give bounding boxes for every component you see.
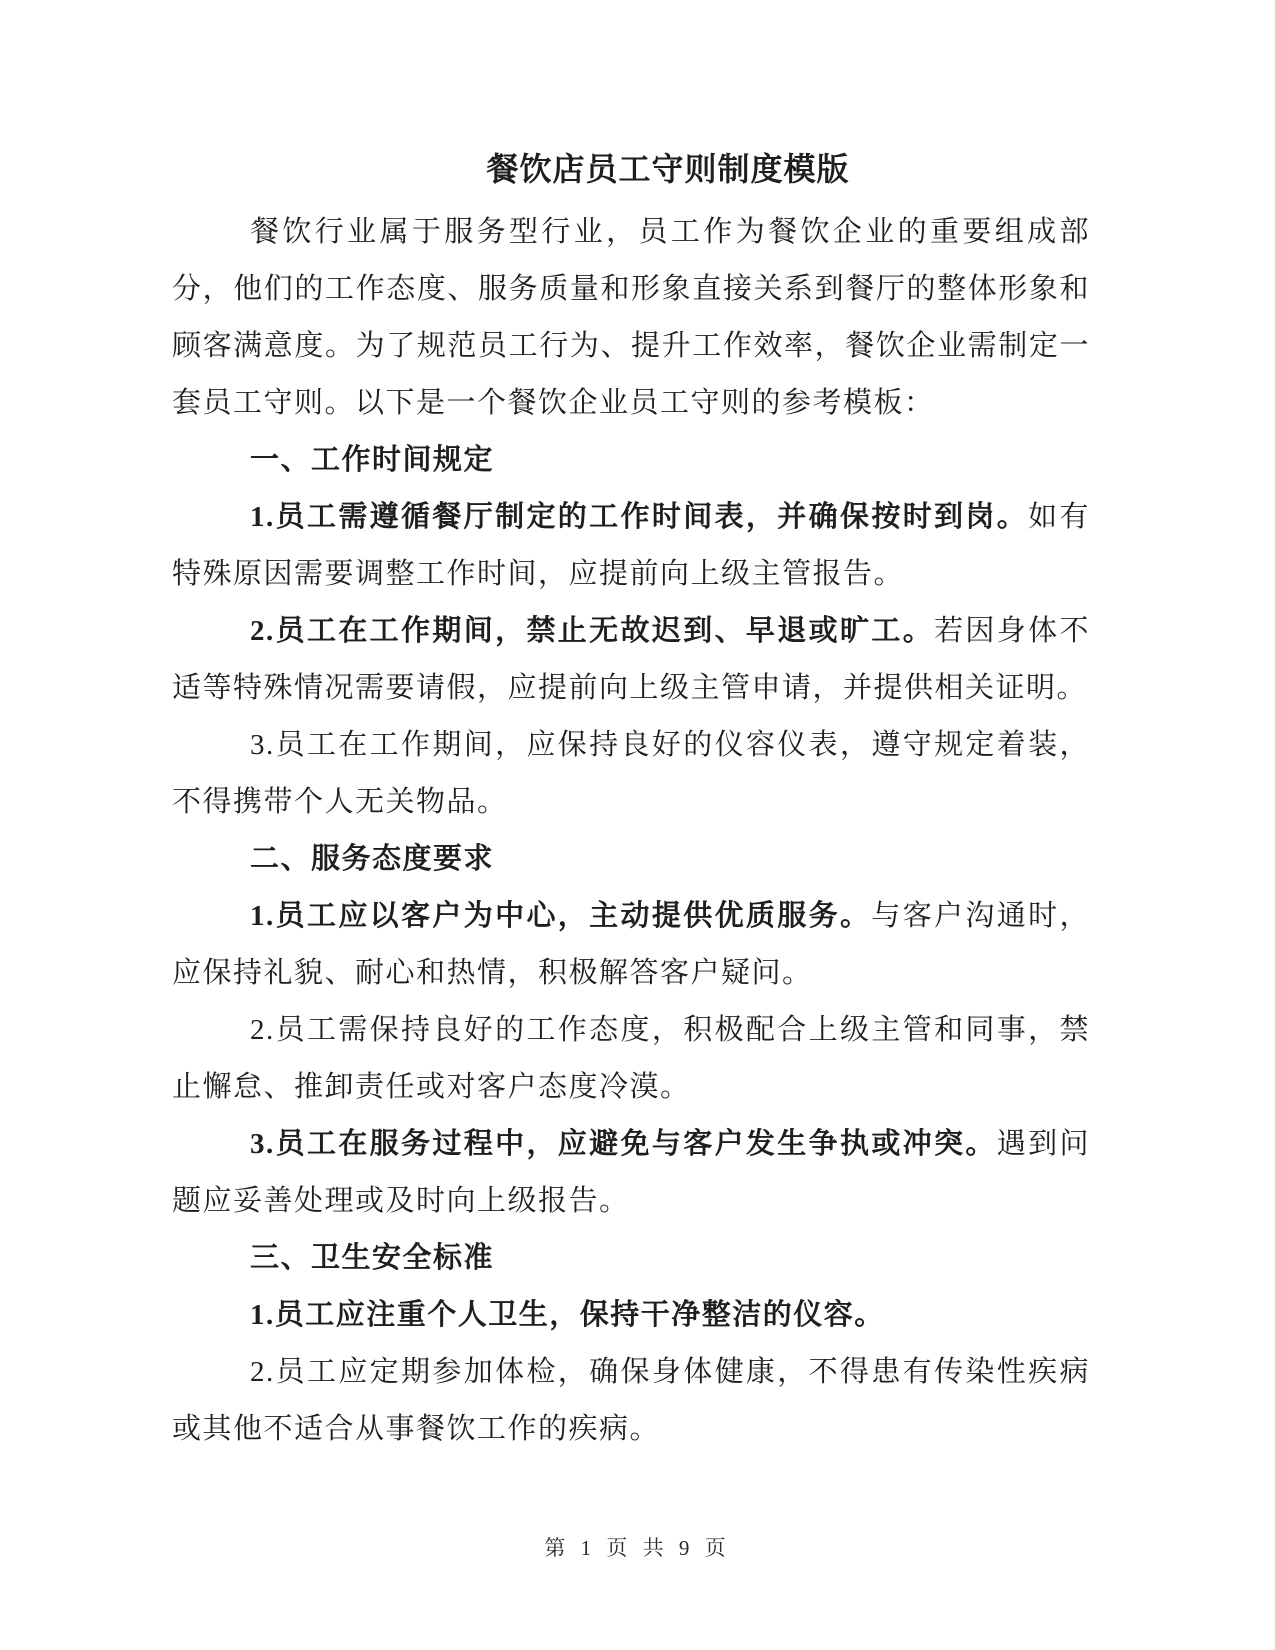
rule-item-2-2: 2.员工需保持良好的工作态度，积极配合上级主管和同事，禁止懈怠、推卸责任或对客户… [172,1002,1090,1116]
rule-item-1-1-bold-run: 1.员工需遵循餐厅制定的工作时间表，并确保按时到岗。 [250,501,1028,533]
section-1-heading: 一、工作时间规定 [172,432,1090,489]
page-number-footer: 第 1 页 共 9 页 [0,1533,1275,1563]
rule-item-2-3: 3.员工在服务过程中，应避免与客户发生争执或冲突。遇到问题应妥善处理或及时向上级… [172,1116,1090,1230]
document-content: 餐饮店员工守则制度模版 餐饮行业属于服务型行业，员工作为餐饮企业的重要组成部分，… [172,141,1090,1458]
section-2-heading: 二、服务态度要求 [172,831,1090,888]
rule-item-3-2-normal-run: 2.员工应定期参加体检，确保身体健康，不得患有传染性疾病或其他不适合从事餐饮工作… [172,1356,1090,1445]
rule-item-2-3-bold-run: 3.员工在服务过程中，应避免与客户发生争执或冲突。 [250,1128,997,1160]
section-3-heading: 三、卫生安全标准 [172,1230,1090,1287]
intro-normal-run: 餐饮行业属于服务型行业，员工作为餐饮企业的重要组成部分，他们的工作态度、服务质量… [172,216,1090,419]
section-2-heading-text: 二、服务态度要求 [250,843,494,875]
rule-item-2-1-bold-run: 1.员工应以客户为中心，主动提供优质服务。 [250,900,871,932]
section-3-heading-text: 三、卫生安全标准 [250,1242,494,1274]
document-title: 餐饮店员工守则制度模版 [172,141,1090,198]
rule-item-2-2-normal-run: 2.员工需保持良好的工作态度，积极配合上级主管和同事，禁止懈怠、推卸责任或对客户… [172,1014,1090,1103]
intro-paragraph: 餐饮行业属于服务型行业，员工作为餐饮企业的重要组成部分，他们的工作态度、服务质量… [172,204,1090,432]
rule-item-3-1-bold-run: 1.员工应注重个人卫生，保持干净整洁的仪容。 [250,1299,885,1331]
rule-item-3-2: 2.员工应定期参加体检，确保身体健康，不得患有传染性疾病或其他不适合从事餐饮工作… [172,1344,1090,1458]
rule-item-1-3: 3.员工在工作期间，应保持良好的仪容仪表，遵守规定着装，不得携带个人无关物品。 [172,717,1090,831]
rule-item-1-2-bold-run: 2.员工在工作期间，禁止无故迟到、早退或旷工。 [250,615,934,647]
rule-item-3-1: 1.员工应注重个人卫生，保持干净整洁的仪容。 [172,1287,1090,1344]
rule-item-2-1: 1.员工应以客户为中心，主动提供优质服务。与客户沟通时，应保持礼貌、耐心和热情，… [172,888,1090,1002]
rule-item-1-1: 1.员工需遵循餐厅制定的工作时间表，并确保按时到岗。如有特殊原因需要调整工作时间… [172,489,1090,603]
rule-item-1-3-normal-run: 3.员工在工作期间，应保持良好的仪容仪表，遵守规定着装，不得携带个人无关物品。 [172,729,1090,818]
document-page: 餐饮店员工守则制度模版 餐饮行业属于服务型行业，员工作为餐饮企业的重要组成部分，… [0,0,1275,1650]
section-1-heading-text: 一、工作时间规定 [250,444,494,476]
rule-item-1-2: 2.员工在工作期间，禁止无故迟到、早退或旷工。若因身体不适等特殊情况需要请假，应… [172,603,1090,717]
